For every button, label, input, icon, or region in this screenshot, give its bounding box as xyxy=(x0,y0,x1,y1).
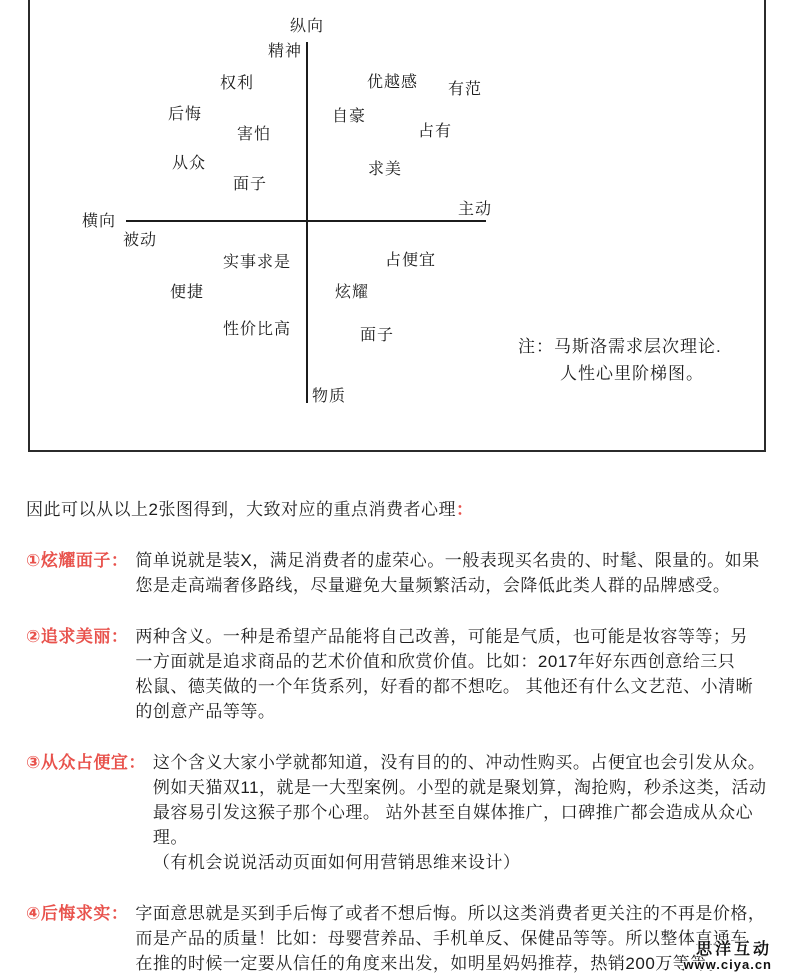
diagram-label-shishiqiushi: 实事求是 xyxy=(223,254,291,272)
paragraph-1-label: ①炫耀面子： xyxy=(26,548,128,573)
diagram-label-axis-title-horizontal: 横向 xyxy=(82,213,116,231)
diagram-label-zihao: 自豪 xyxy=(332,108,366,126)
intro-line: 因此可以从以上2张图得到，大致对应的重点消费者心理： xyxy=(26,498,774,522)
horizontal-axis-line xyxy=(126,220,486,222)
paragraph-3-label: ③从众占便宜： xyxy=(26,750,146,775)
diagram-note-line2: 人性心里阶梯图。 xyxy=(518,360,722,387)
diagram-label-mianzi-upper: 面子 xyxy=(233,176,267,194)
diagram-label-axis-end-spirit: 精神 xyxy=(268,43,302,61)
intro-colon: ： xyxy=(456,500,474,519)
diagram-note-line1: 注：马斯洛需求层次理论. xyxy=(518,333,722,360)
paragraph-3-text: 这个含义大家小学就都知道，没有目的的、冲动性购买。占便宜也会引发从众。 例如天猫… xyxy=(153,750,774,875)
paragraph-xuanyao-mianzi: ①炫耀面子： 简单说就是装X，满足消费者的虚荣心。一般表现买名贵的、时髦、限量的… xyxy=(26,548,774,598)
diagram-label-youfan: 有范 xyxy=(448,81,482,99)
diagram-label-mianzi-lower: 面子 xyxy=(360,327,394,345)
watermark-url: www.ciya.cn xyxy=(683,958,772,972)
diagram-label-youyuegan: 优越感 xyxy=(367,74,418,92)
diagram-note: 注：马斯洛需求层次理论. 人性心里阶梯图。 xyxy=(518,333,722,387)
diagram-label-axis-end-material: 物质 xyxy=(312,388,346,406)
paragraph-4-label: ④后悔求实： xyxy=(26,901,128,926)
paragraph-1-text: 简单说就是装X，满足消费者的虚荣心。一般表现买名贵的、时髦、限量的。如果 您是走… xyxy=(135,548,774,598)
diagram-label-houhui: 后悔 xyxy=(168,106,202,124)
vertical-axis-line xyxy=(306,42,308,403)
paragraph-zhuiqiu-meili: ②追求美丽： 两种含义。一种是希望产品能将自己改善，可能是气质，也可能是妆容等等… xyxy=(26,624,774,724)
watermark-brand: 思洋互动 xyxy=(683,942,772,958)
diagram-label-zhanyou: 占有 xyxy=(418,123,452,141)
diagram-label-congzhong: 从众 xyxy=(172,155,206,173)
diagram-label-axis-end-active: 主动 xyxy=(458,201,492,219)
diagram-label-qiumei: 求美 xyxy=(368,161,402,179)
paragraph-2-text: 两种含义。一种是希望产品能将自己改善，可能是气质，也可能是妆容等等；另 一方面就… xyxy=(135,624,774,724)
diagram-label-axis-end-passive: 被动 xyxy=(123,232,157,250)
diagram-label-quanli: 权利 xyxy=(220,75,254,93)
intro-text: 因此可以从以上2张图得到，大致对应的重点消费者心理 xyxy=(26,500,456,519)
paragraph-houhui-qiushi: ④后悔求实： 字面意思就是买到手后悔了或者不想后悔。所以这类消费者更关注的不再是… xyxy=(26,901,774,976)
paragraph-4-text: 字面意思就是买到手后悔了或者不想后悔。所以这类消费者更关注的不再是价格， 而是产… xyxy=(135,901,774,976)
paragraph-congzhong-zhanpianyi: ③从众占便宜： 这个含义大家小学就都知道，没有目的的、冲动性购买。占便宜也会引发… xyxy=(26,750,774,875)
article-body: 因此可以从以上2张图得到，大致对应的重点消费者心理： ①炫耀面子： 简单说就是装… xyxy=(0,498,800,976)
paragraph-2-label: ②追求美丽： xyxy=(26,624,128,649)
diagram-label-xuanyao: 炫耀 xyxy=(335,284,369,302)
diagram-label-haipa: 害怕 xyxy=(237,126,271,144)
diagram-label-bianjie: 便捷 xyxy=(170,284,204,302)
diagram-label-zhanpianyi: 占便宜 xyxy=(385,252,436,270)
diagram-label-xingjiabigao: 性价比高 xyxy=(223,321,291,339)
watermark: 思洋互动 www.ciya.cn xyxy=(683,942,772,972)
diagram-label-axis-title-vertical: 纵向 xyxy=(290,18,324,36)
quadrant-diagram: 纵向精神权利后悔害怕从众面子优越感有范自豪占有求美主动横向被动实事求是便捷性价比… xyxy=(0,0,800,452)
